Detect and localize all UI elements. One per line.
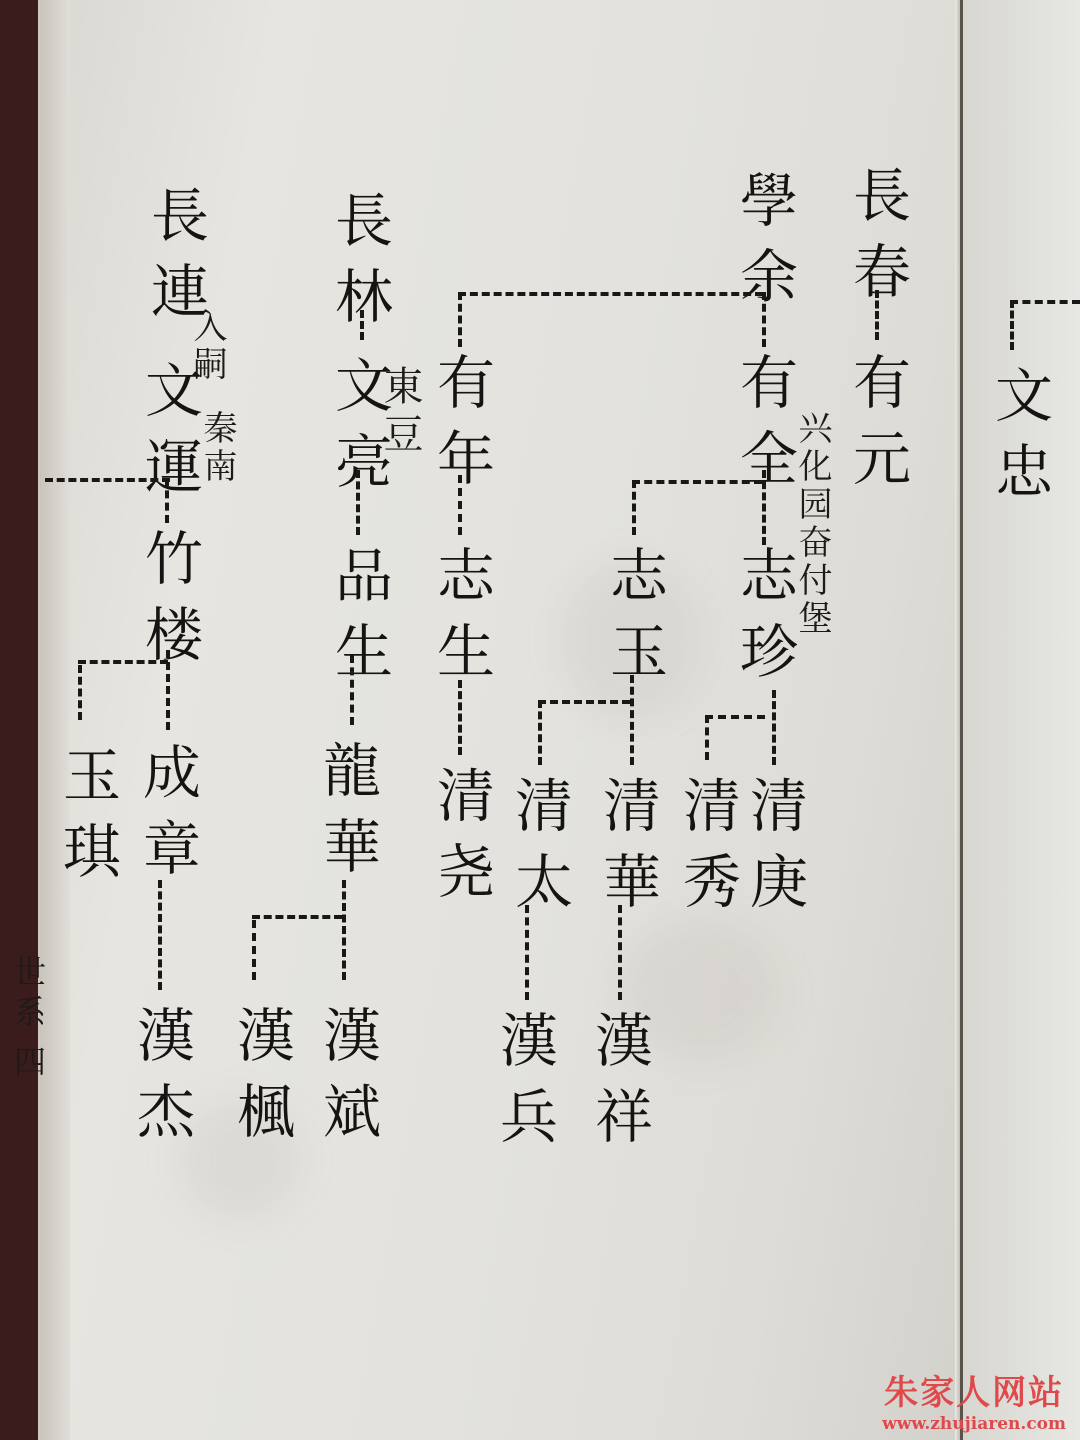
lineage-connector — [165, 478, 169, 523]
lineage-connector — [78, 665, 82, 720]
name-pinsheng: 品生 — [330, 545, 388, 697]
residence-note: 東豆 — [380, 365, 420, 461]
name-hanbin: 漢斌 — [318, 1005, 376, 1157]
name-hanjie: 漢杰 — [132, 1005, 190, 1157]
name-qinghua: 清華 — [598, 775, 656, 927]
name-changlin: 長林 — [330, 190, 388, 342]
lineage-connector — [538, 700, 542, 765]
name-zhizhen: 志珍 — [735, 545, 793, 697]
name-qingyao: 清尧 — [432, 765, 490, 917]
lineage-connector — [360, 310, 364, 340]
lineage-connector — [705, 715, 709, 760]
lineage-connector — [458, 292, 462, 347]
lineage-connector — [45, 478, 170, 482]
lineage-connector — [458, 475, 462, 535]
site-watermark: 朱家人网站 www.zhujiaren.com — [882, 1365, 1066, 1434]
lineage-connector — [772, 690, 776, 765]
residence-note: 秦南 — [200, 410, 234, 486]
name-hanbing: 漢兵 — [495, 1010, 553, 1162]
lineage-connector — [762, 292, 766, 347]
lineage-connector — [632, 480, 636, 535]
lineage-connector — [350, 655, 354, 725]
right-page — [960, 0, 1080, 1440]
lineage-connector — [630, 675, 634, 765]
name-zhiyu: 志玉 — [605, 545, 663, 697]
lineage-connector — [158, 880, 162, 990]
lineage-connector — [538, 700, 630, 704]
lineage-connector — [458, 680, 462, 755]
name-youyuan: 有元 — [848, 352, 906, 504]
lineage-connector — [252, 920, 256, 980]
lineage-connector — [632, 480, 762, 484]
lineage-connector — [762, 470, 766, 545]
name-qinggeng: 清庚 — [745, 775, 803, 927]
name-yuqi: 玉琪 — [58, 745, 116, 897]
name-qingtai: 清太 — [510, 775, 568, 927]
watermark-title: 朱家人网站 — [882, 1365, 1066, 1414]
page-marker: 世系四 — [12, 955, 44, 1085]
name-hanfeng: 漢楓 — [232, 1005, 290, 1157]
lineage-connector — [356, 470, 360, 535]
lineage-connector — [252, 915, 342, 919]
name-wenyun: 文運 — [140, 360, 198, 512]
lineage-connector — [166, 650, 170, 730]
name-hanxiang: 漢祥 — [590, 1010, 648, 1162]
lineage-connector — [1010, 300, 1080, 304]
name-longhua: 龍華 — [318, 740, 376, 892]
name-zhisheng: 志生 — [432, 545, 490, 697]
watermark-url: www.zhujiaren.com — [882, 1414, 1066, 1434]
lineage-connector — [458, 292, 763, 296]
lineage-connector — [78, 660, 168, 664]
name-qingxiu: 清秀 — [678, 775, 736, 927]
lineage-connector — [342, 880, 346, 980]
lineage-connector — [1010, 300, 1014, 350]
lineage-connector — [875, 290, 879, 340]
lineage-connector — [525, 905, 529, 1000]
lineage-connector — [705, 715, 765, 719]
residence-note: 兴化园奋付堡 — [795, 410, 829, 638]
name-wenzhong: 文忠 — [990, 365, 1048, 517]
name-chengzhang: 成章 — [138, 742, 196, 894]
lineage-connector — [618, 905, 622, 1000]
